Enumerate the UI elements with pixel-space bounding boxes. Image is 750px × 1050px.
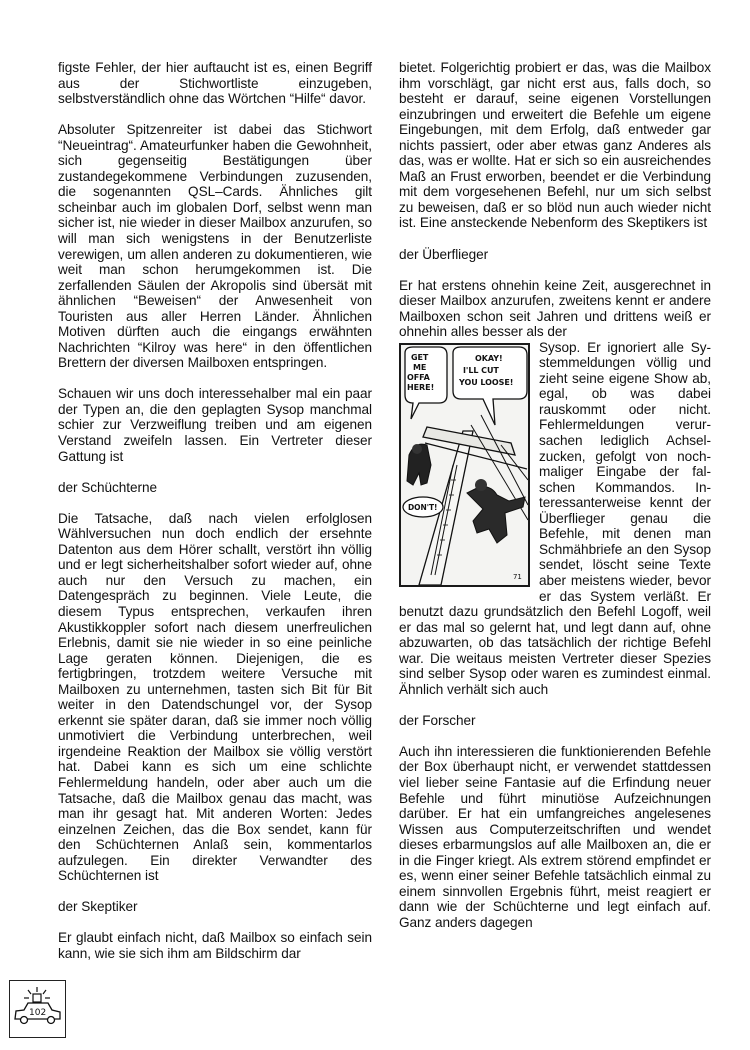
bubble-2-line: I'LL CUT — [463, 366, 499, 375]
bubble-2-line: YOU LOOSE! — [458, 378, 513, 387]
bubble-3-text: DON'T! — [408, 503, 437, 512]
paragraph: Er glaubt einfach nicht, daß Mailbox so … — [58, 930, 372, 961]
logo-number: 102 — [29, 1008, 46, 1018]
left-column: figste Fehler, der hier auftaucht ist es… — [58, 60, 372, 977]
comic-illustration: GET ME OFFA HERE! OKAY! I'LL CUT YOU LOO… — [399, 343, 530, 587]
section-heading-ueberflieger: der Überflieger — [399, 247, 711, 263]
bubble-1-line: OFFA — [407, 373, 431, 382]
section-heading-schuechterne: der Schüchterne — [58, 480, 372, 496]
paragraph: Schauen wir uns doch interessehalber mal… — [58, 386, 372, 464]
bubble-1-line: ME — [413, 363, 426, 372]
bubble-1-line: GET — [411, 353, 429, 362]
bubble-1-line: HERE! — [407, 383, 434, 392]
paragraph: Absoluter Spitzenreiter ist dabei das St… — [58, 122, 372, 371]
right-column: bietet. Folgerichtig probiert er das, wa… — [399, 60, 711, 946]
section-heading-forscher: der Forscher — [399, 713, 711, 729]
section-heading-skeptiker: der Skeptiker — [58, 899, 372, 915]
police-car-icon: 102 — [10, 981, 64, 1036]
bubble-2-line: OKAY! — [475, 354, 503, 363]
page-logo: 102 — [9, 980, 66, 1038]
paragraph: Auch ihn interessieren die funktionieren… — [399, 744, 711, 931]
comic-drawing-icon: GET ME OFFA HERE! OKAY! I'LL CUT YOU LOO… — [401, 345, 528, 585]
paragraph: Die Tatsache, daß nach vielen erfolglose… — [58, 511, 372, 884]
comic-signature: 71 — [513, 573, 522, 581]
paragraph: figste Fehler, der hier auftaucht ist es… — [58, 60, 372, 107]
svg-text:GET ME OFFA: GET ME OFFA HERE! — [407, 353, 434, 392]
paragraph: Er hat erstens ohnehin keine Zeit, ausge… — [399, 278, 711, 340]
paragraph: bietet. Folgerichtig probiert er das, wa… — [399, 60, 711, 231]
